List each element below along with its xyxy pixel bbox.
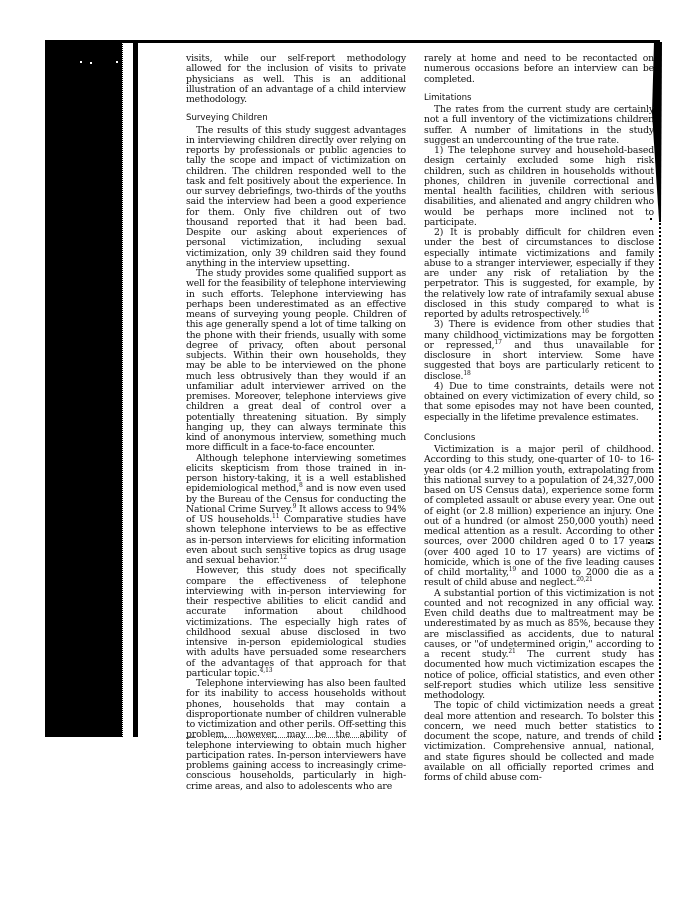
scan-edge-line [133,40,138,737]
paragraph: 2) It is probably difficult for children… [424,228,654,320]
scan-speck [90,62,92,64]
text: Victimization is a major peril of childh… [424,444,654,578]
citation: 20,21 [576,576,592,583]
footer-journal-line [214,737,369,739]
section-heading-surveying-children: Surveying Children [186,113,406,123]
scan-speck [80,61,82,63]
page-top-rule [45,40,660,43]
section-heading-conclusions: Conclusions [424,433,654,443]
right-column: rarely at home and need to be recontacte… [424,54,654,783]
text: However, this study does not specificall… [186,565,406,679]
paragraph: The rates from the current study are cer… [424,105,654,146]
paragraph: The results of this study suggest advant… [186,126,406,270]
citation: 4,13 [260,667,273,674]
paragraph: 4) Due to time constraints, details were… [424,382,654,423]
footer-page-mark [186,737,196,738]
citation: 19 [509,566,516,573]
scan-edge-black-block [45,40,122,737]
paragraph: 1) The telephone survey and household-ba… [424,146,654,228]
scan-right-edge-line [659,220,661,740]
paragraph: 3) There is evidence from other studies … [424,320,654,382]
paragraph: A substantial portion of this victimizat… [424,589,654,702]
paragraph: The study provides some qualified suppor… [186,269,406,454]
running-footer [186,735,386,738]
paragraph: visits, while our self-report methodolog… [186,54,406,105]
citation: 18 [463,369,470,376]
paragraph: Although telephone interviewing sometime… [186,454,406,567]
paragraph: rarely at home and need to be recontacte… [424,54,654,85]
paragraph: Victimization is a major peril of childh… [424,445,654,589]
section-heading-limitations: Limitations [424,93,654,103]
paragraph: The topic of child victimization needs a… [424,701,654,783]
citation: 21 [508,648,515,655]
citation: 17 [494,339,501,346]
citation: 16 [581,308,588,315]
left-column: visits, while our self-report methodolog… [186,54,406,792]
text: 2) It is probably difficult for children… [424,227,654,320]
citation: 12 [280,554,287,561]
paragraph: However, this study does not specificall… [186,566,406,679]
scan-edge-stripe [122,40,127,737]
scan-speck [116,61,118,63]
